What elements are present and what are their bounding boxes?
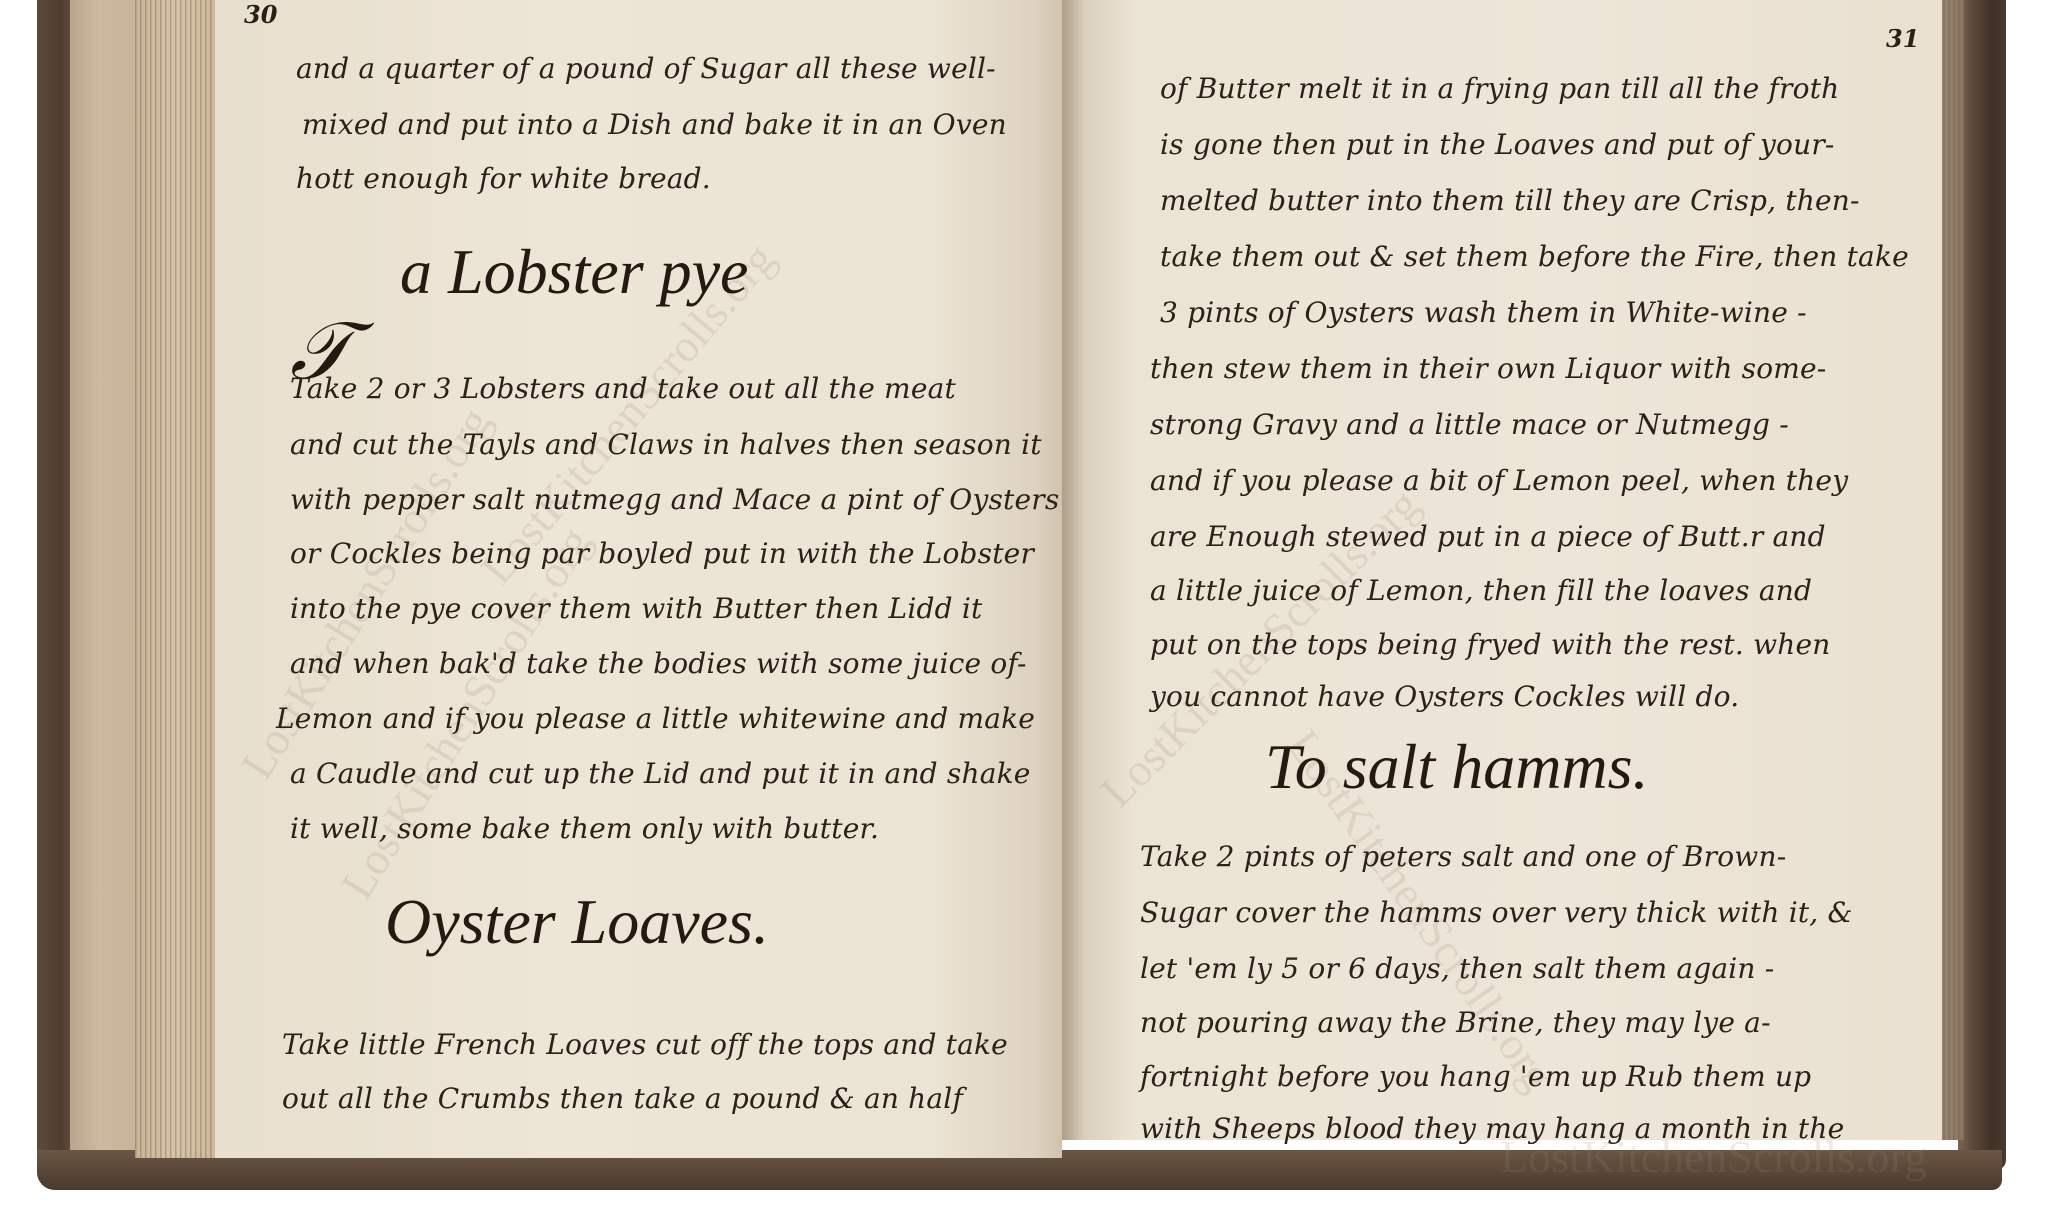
page-block-edge-left — [135, 0, 217, 1158]
open-manuscript-book: LostKitchenScrolls.org LostKitchenScroll… — [0, 0, 2048, 1205]
text-line: you cannot have Oysters Cockles will do. — [1150, 680, 1739, 713]
recipe-title-lobster-pye: a Lobster pye — [400, 235, 748, 309]
book-cover-right — [1958, 0, 2006, 1170]
text-line: into the pye cover them with Butter then… — [290, 592, 982, 625]
page-number-left: 30 — [244, 0, 277, 29]
text-line: with Sheeps blood they may hang a month … — [1140, 1112, 1844, 1145]
text-line: Lemon and if you please a little whitewi… — [276, 702, 1035, 735]
text-line: with pepper salt nutmegg and Mace a pint… — [290, 483, 1059, 516]
text-line: hott enough for white bread. — [296, 162, 711, 195]
text-line: Sugar cover the hamms over very thick wi… — [1140, 896, 1853, 929]
text-line: and a quarter of a pound of Sugar all th… — [296, 52, 996, 85]
endpaper-left — [70, 0, 142, 1150]
text-line: let 'em ly 5 or 6 days, then salt them a… — [1140, 952, 1774, 985]
text-line: a little juice of Lemon, then fill the l… — [1150, 574, 1812, 607]
text-line: it well, some bake them only with butter… — [290, 812, 879, 845]
text-line: are Enough stewed put in a piece of Butt… — [1150, 520, 1826, 553]
text-line: of Butter melt it in a frying pan till a… — [1160, 72, 1839, 105]
text-line: strong Gravy and a little mace or Nutmeg… — [1150, 408, 1789, 441]
text-line: Take 2 or 3 Lobsters and take out all th… — [290, 372, 956, 405]
text-line: or Cockles being par boyled put in with … — [290, 537, 1034, 570]
text-line: not pouring away the Brine, they may lye… — [1140, 1006, 1771, 1039]
text-line: and when bak'd take the bodies with some… — [290, 647, 1027, 680]
text-line: Take 2 pints of peters salt and one of B… — [1140, 840, 1786, 873]
text-line: take them out & set them before the Fire… — [1160, 240, 1909, 273]
text-line: then stew them in their own Liquor with … — [1150, 352, 1826, 385]
text-line: fortnight before you hang 'em up Rub the… — [1140, 1060, 1811, 1093]
text-line: mixed and put into a Dish and bake it in… — [302, 108, 1007, 141]
recipe-title-oyster-loaves: Oyster Loaves. — [385, 885, 769, 959]
page-number-right: 31 — [1886, 24, 1919, 53]
gutter-shadow — [1062, 0, 1084, 1140]
text-line: is gone then put in the Loaves and put o… — [1160, 128, 1835, 161]
text-line: out all the Crumbs then take a pound & a… — [282, 1082, 963, 1115]
text-line: 3 pints of Oysters wash them in White-wi… — [1160, 296, 1807, 329]
text-line: Take little French Loaves cut off the to… — [282, 1028, 1008, 1061]
text-line: and cut the Tayls and Claws in halves th… — [290, 428, 1042, 461]
text-line: melted butter into them till they are Cr… — [1160, 184, 1860, 217]
text-line: put on the tops being fryed with the res… — [1150, 628, 1830, 661]
text-line: and if you please a bit of Lemon peel, w… — [1150, 464, 1848, 497]
recipe-title-to-salt-hamms: To salt hamms. — [1265, 730, 1649, 804]
text-line: a Caudle and cut up the Lid and put it i… — [290, 757, 1031, 790]
